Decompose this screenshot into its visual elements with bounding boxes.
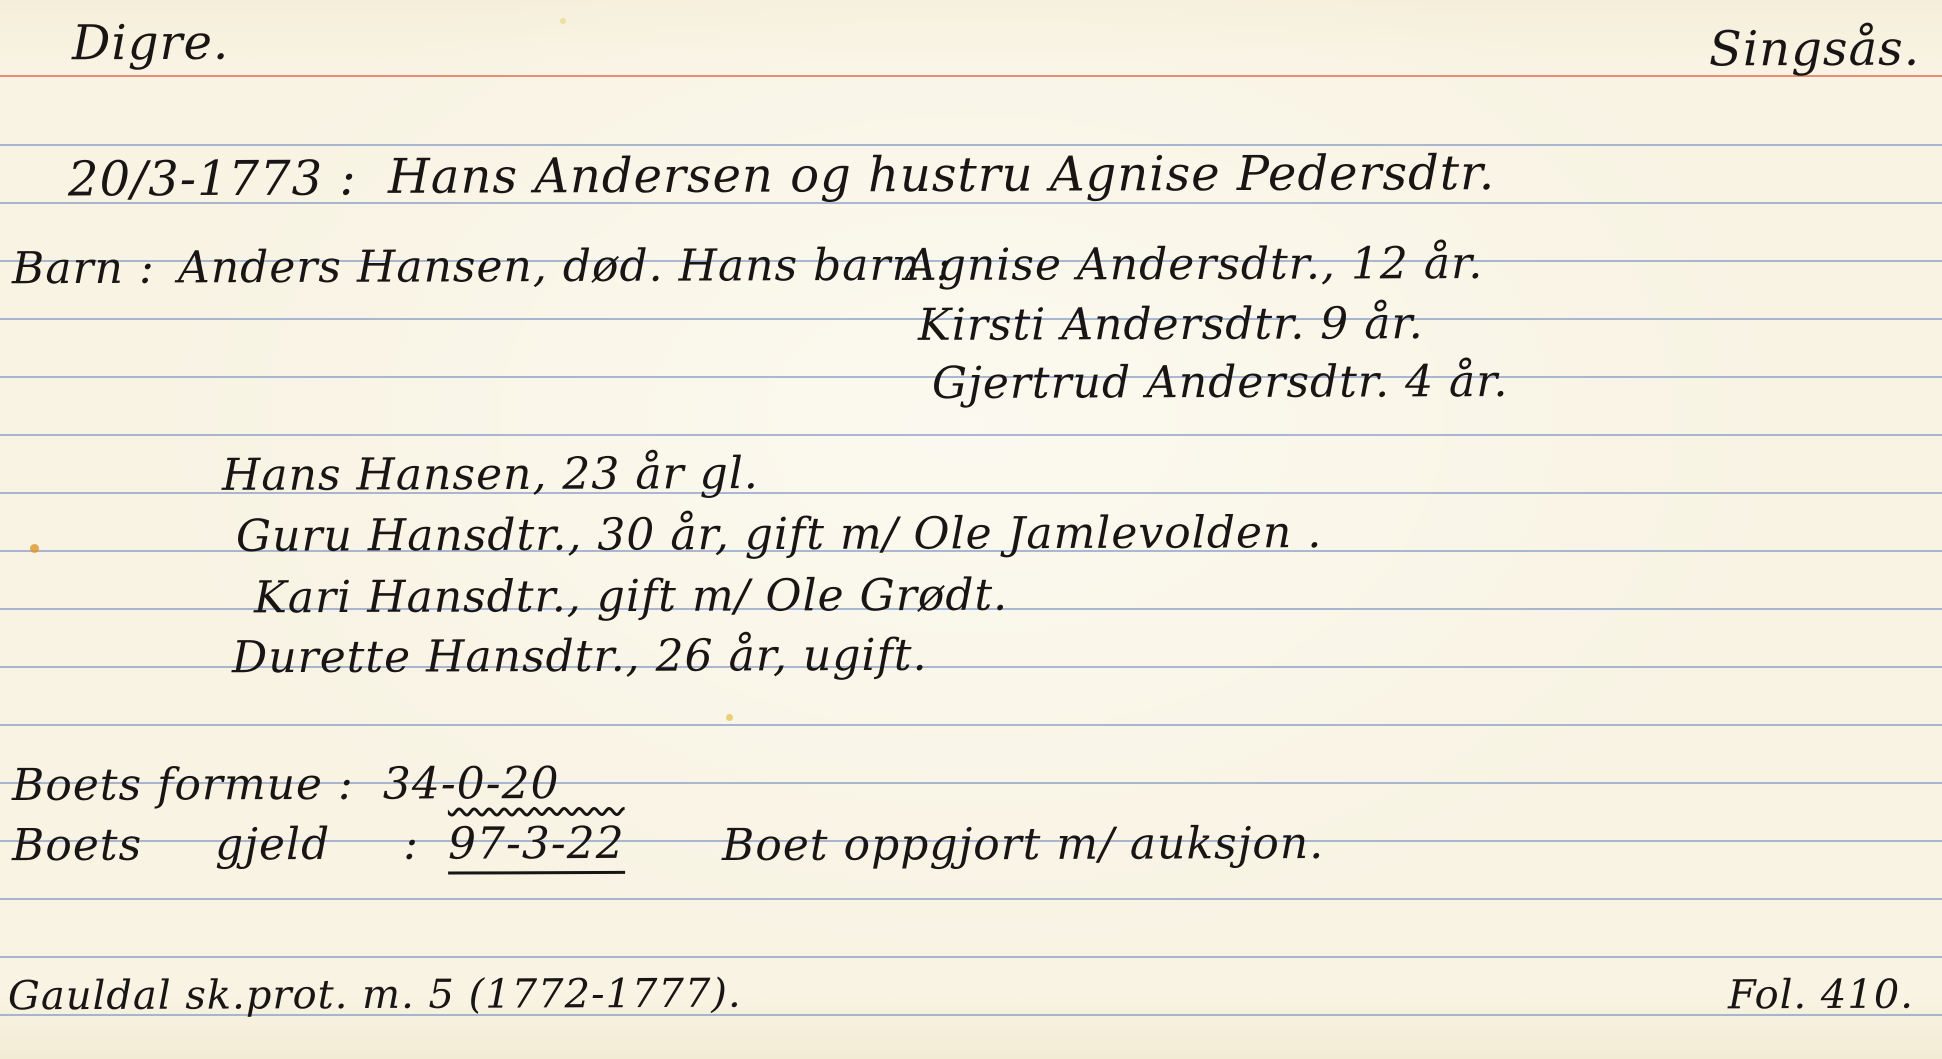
folio-reference: Fol. 410. — [1728, 966, 1914, 1025]
children-label: Barn : — [12, 240, 155, 298]
assets-value: 34-0-20 — [383, 758, 560, 810]
paper-speck — [560, 18, 566, 24]
debt-value: 97-3-22 — [448, 818, 625, 875]
settlement-note: Boet oppgjort m/ auksjon. — [722, 815, 1324, 875]
grandchild-line: Agnise Andersdtr., 12 år. — [905, 235, 1483, 295]
child-line: Hans Hansen, 23 år gl. — [222, 445, 759, 505]
debt-label: Boets gjeld : — [12, 819, 419, 871]
grandchild-line: Gjertrud Andersdtr. 4 år. — [932, 353, 1509, 413]
source-reference: Gauldal sk.prot. m. 5 (1772-1777). — [8, 965, 742, 1026]
assets-line: Boets formue : 34-0-20 — [12, 755, 560, 815]
child-line: Guru Hansdtr., 30 år, gift m/ Ole Jamlev… — [236, 504, 1322, 566]
paper-speck — [726, 714, 733, 721]
assets-label: Boets formue : — [12, 759, 354, 811]
child-line: Kari Hansdtr., gift m/ Ole Grødt. — [254, 567, 1008, 628]
record-parties: Hans Andersen og hustru Agnise Pedersdtr… — [388, 144, 1495, 206]
index-card: Digre. Singsås. 20/3-1773 : Hans Anderse… — [0, 0, 1942, 1059]
child-line-anders: Anders Hansen, død. Hans barn : — [178, 237, 952, 298]
farm-name: Digre. — [72, 14, 229, 73]
parish-name: Singsås. — [1709, 20, 1920, 79]
ruled-line-red — [0, 75, 1942, 77]
paper-speck — [30, 544, 39, 553]
record-date: 20/3-1773 : — [68, 149, 357, 208]
debt-line: Boets gjeld : 97-3-22 — [12, 815, 625, 875]
grandchild-line: Kirsti Andersdtr. 9 år. — [918, 295, 1424, 355]
child-line: Durette Hansdtr., 26 år, ugift. — [232, 627, 928, 687]
